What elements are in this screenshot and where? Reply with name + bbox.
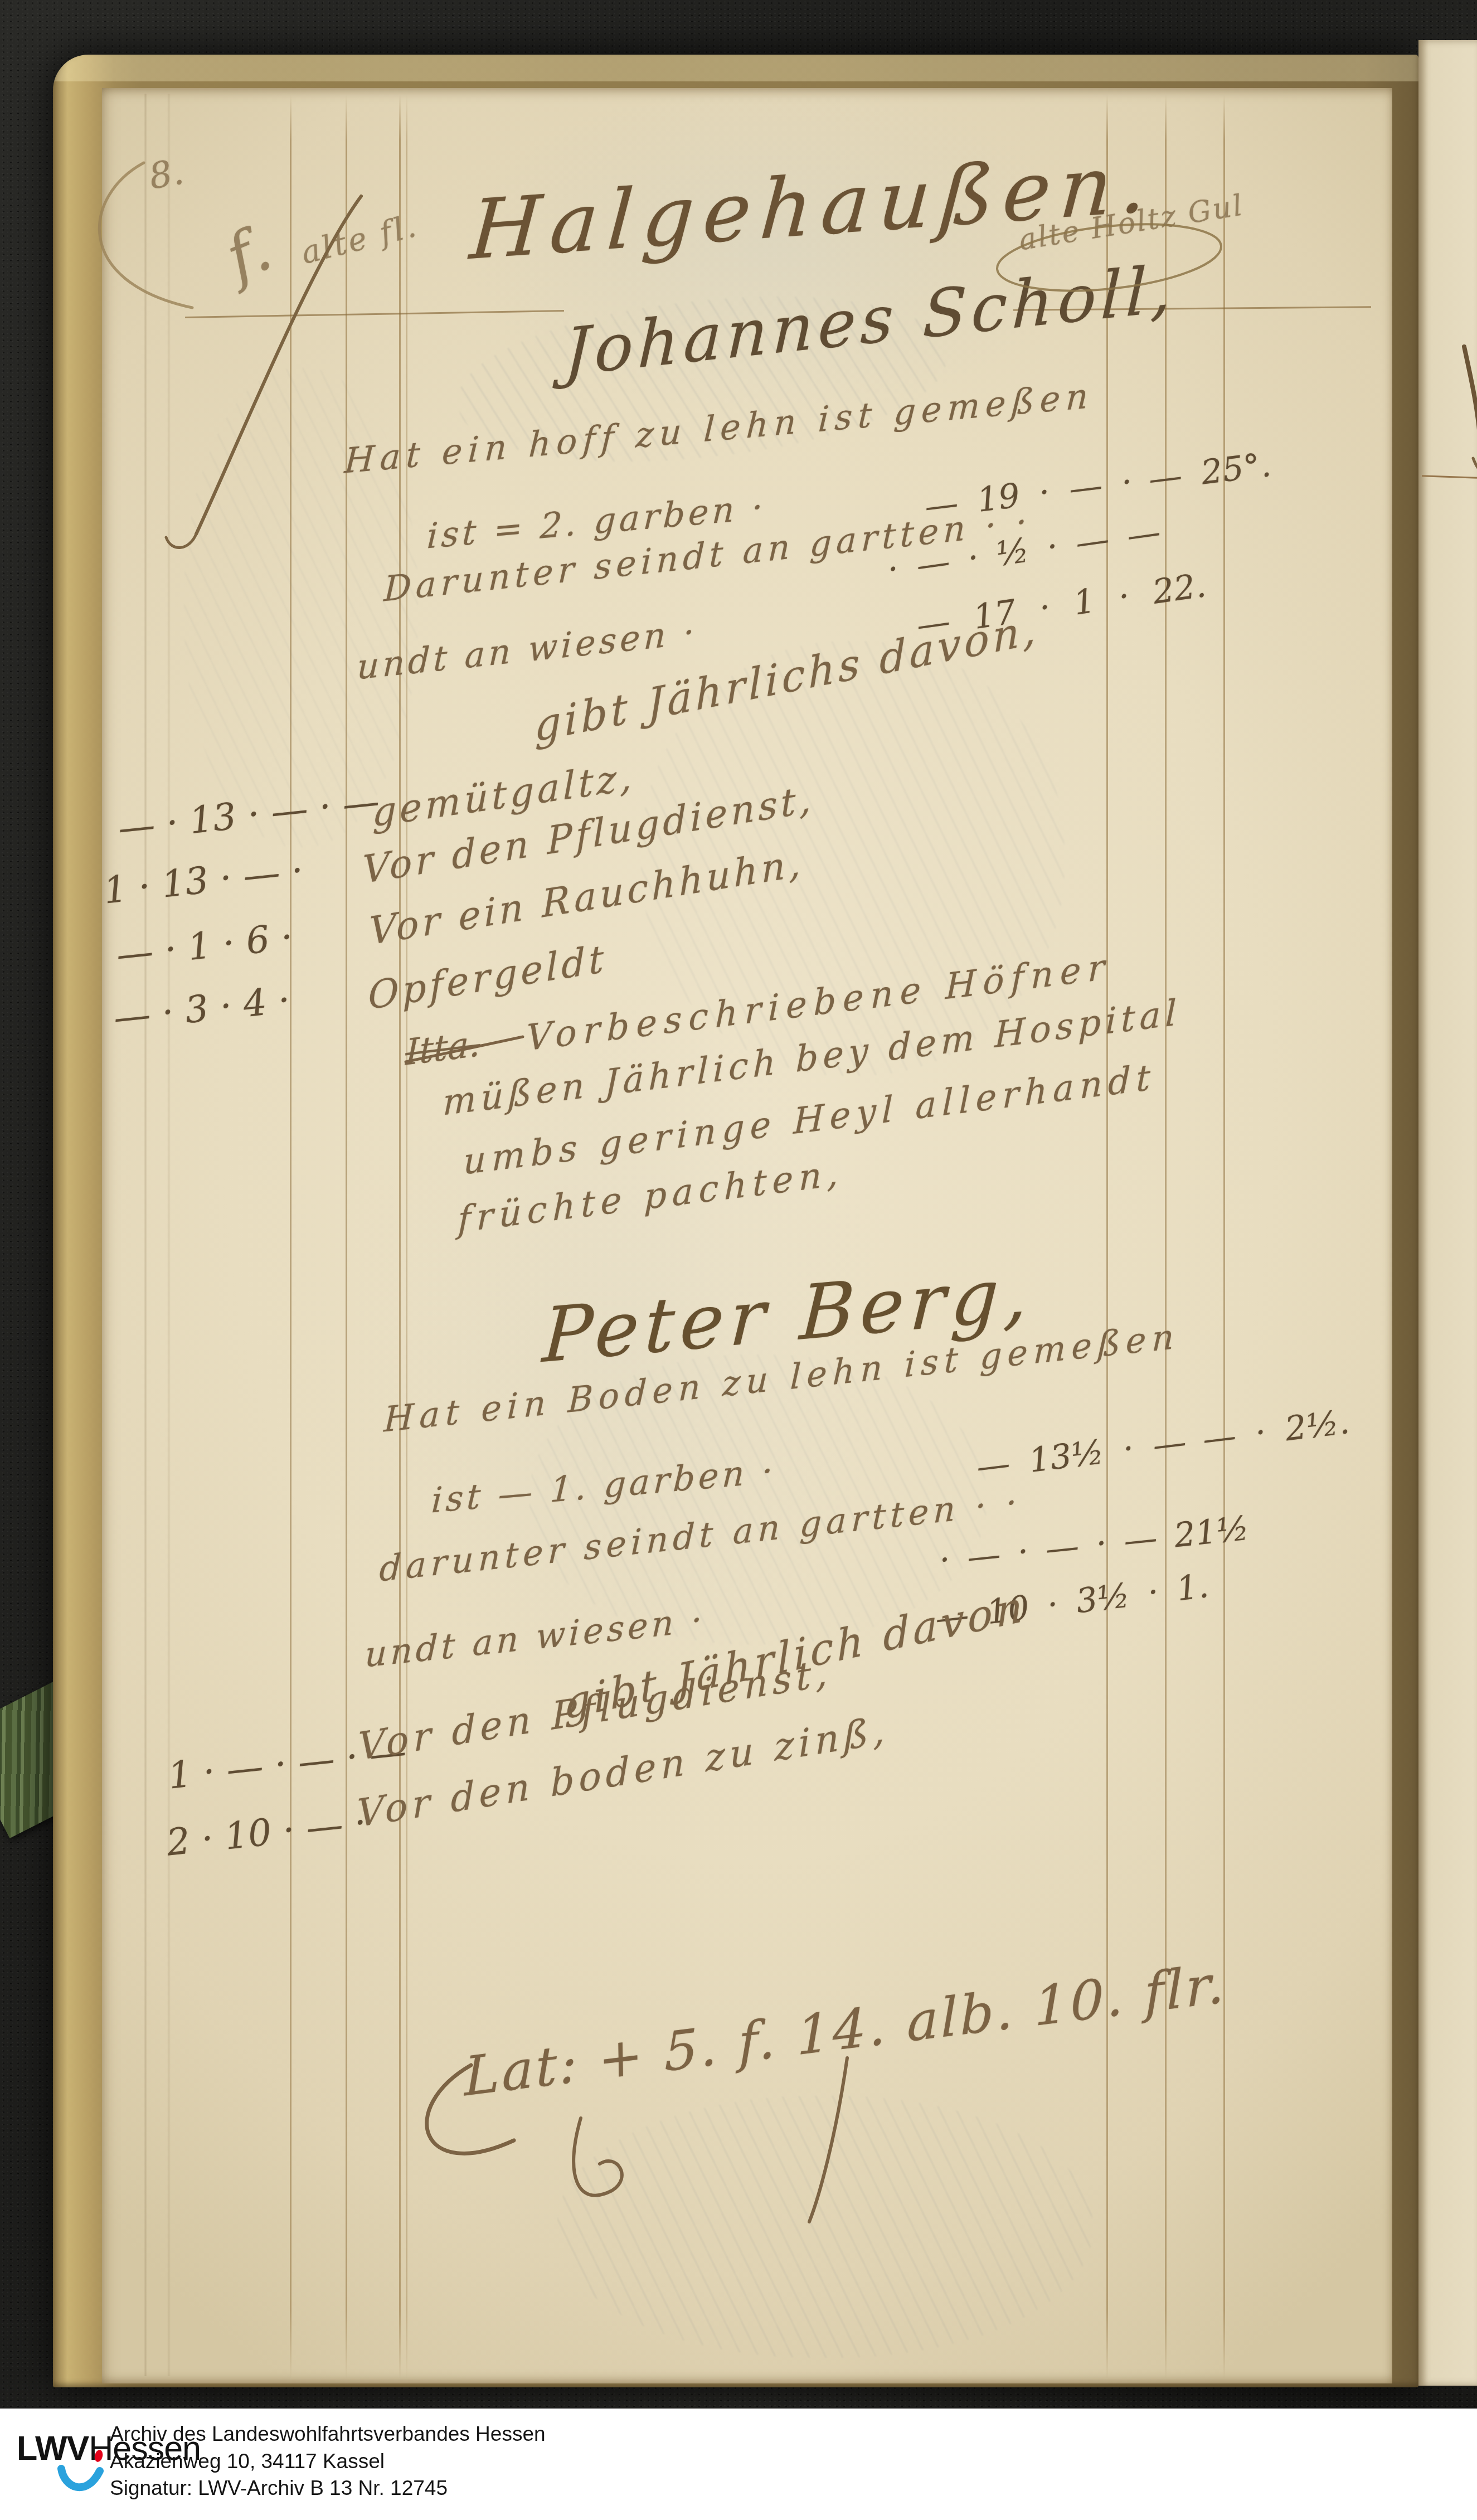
archive-signature: Signatur: LWV-Archiv B 13 Nr. 12745 [110, 2475, 546, 2502]
note-strike-line [406, 1037, 523, 1062]
corner-flourish [99, 163, 192, 308]
summary-loop [574, 2118, 622, 2196]
ink-flourish-strokes [0, 0, 1477, 2520]
archive-street: Akazienweg 10, 34117 Kassel [110, 2448, 546, 2475]
scanned-document-background: 8. f. alte fl. alte Holtz Gul Halgehauße… [0, 0, 1477, 2520]
logo-swoosh-icon [57, 2464, 105, 2501]
summary-swash [427, 2065, 514, 2153]
header-f-flourish [196, 196, 361, 534]
lwv-logo-bold: LWV [17, 2429, 89, 2467]
summary-descender [809, 2058, 847, 2222]
archive-name: Archiv des Landeswohlfahrtsverbandes Hes… [110, 2421, 546, 2448]
archive-address: Archiv des Landeswohlfahrtsverbandes Hes… [110, 2421, 546, 2502]
archive-footer: LWVHessen Archiv des Landeswohlfahrtsver… [0, 2409, 1477, 2520]
right-header-strike-ellipse [994, 215, 1224, 300]
header-f-hook [166, 534, 196, 548]
